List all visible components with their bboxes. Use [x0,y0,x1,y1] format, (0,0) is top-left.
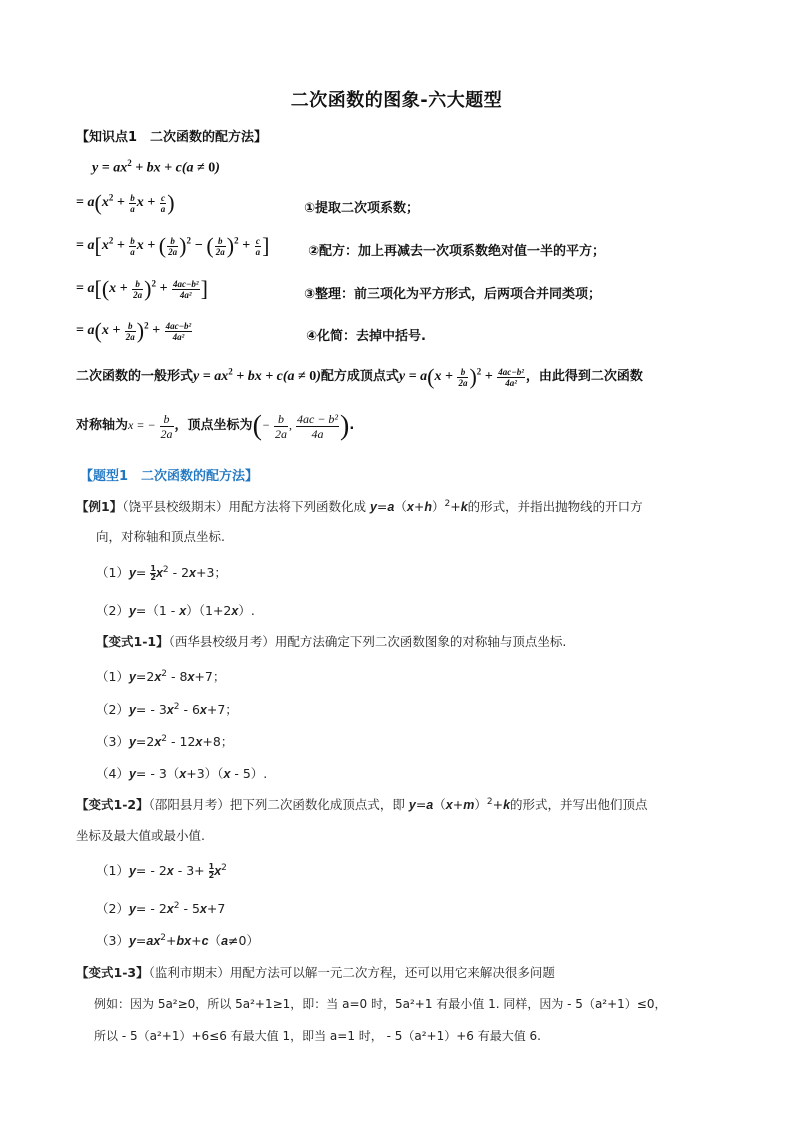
example-1-prompt: 【例1】（饶平县校级期末）用配方法将下列函数化成 y=a（x+h）2+k的形式，… [76,497,643,515]
base-formula: y = ax2 + bx + c(a ≠ 0) [92,158,220,177]
variant-1-2-item-3: （3）y=ax2+bx+c（a≠0） [96,931,259,949]
variant-1-1-item-2: （2）y= - 3x2 - 6x+7； [96,700,238,718]
vertex-label: ，顶点坐标为 [175,418,253,433]
variant-1-2-prompt: 【变式1-2】（邵阳县月考）把下列二次函数化成顶点式，即 y=a（x+m）2+k… [76,795,648,813]
summary-line-1: 二次函数的一般形式y = ax2 + bx + c(a ≠ 0)配方成顶点式y … [76,364,643,390]
step-2-formula: = a[x2 + bax + (b2a)2 − (b2a)2 + ca] [76,233,269,259]
variant-1-2-label: 【变式1-2】 [76,797,149,812]
document-page: 二次函数的图象-六大题型 【知识点1 二次函数的配方法】 y = ax2 + b… [0,0,793,1122]
variant-1-2-source: （邵阳县月考） [149,797,230,812]
summary-prefix: 二次函数的一般形式 [76,369,193,384]
summary-mid: 配方成顶点式 [321,369,399,384]
variant-1-1-item-4: （4）y= - 3（x+3）（x - 5）. [96,764,267,782]
summary-suffix: ，由此得到二次函数 [526,369,643,384]
variant-1-1-item-3: （3）y=2x2 - 12x+8； [96,732,233,750]
example-1-text-a: 用配方法将下列函数化成 [228,499,366,514]
variant-1-2-text-b: 的形式，并写出他们顶点 [510,797,648,812]
step-3-note: ③整理：前三项化为平方形式，后两项合并同类项； [304,283,601,302]
step-2-note: ②配方：加上再减去一次项系数绝对值一半的平方； [308,240,605,259]
example-1-source: （饶平县校级期末） [122,499,228,514]
knowledge-point-heading: 【知识点1 二次函数的配方法】 [76,126,267,145]
example-1-item-2: （2）y=（1 - x）（1+2x）. [96,601,255,619]
axis-label: 对称轴为 [76,418,128,433]
section-heading: 【题型1 二次函数的配方法】 [80,465,258,484]
step-3-formula: = a[(x + b2a)2 + 4ac−b²4a²] [76,276,208,302]
step-4-note: ④化简：去掉中括号. [306,325,426,344]
step-4-formula: = a(x + b2a)2 + 4ac−b²4a² [76,318,193,344]
variant-1-1-text: 用配方法确定下列二次函数图象的对称轴与顶点坐标. [275,634,566,649]
example-1-prompt-cont: 向，对称轴和顶点坐标. [96,527,225,545]
variant-1-3-source: （监利市期末） [149,965,230,980]
variant-1-3-prompt: 【变式1-3】（监利市期末）用配方法可以解一元二次方程，还可以用它来解决很多问题 [76,963,555,981]
example-1-label: 【例1】 [76,499,122,514]
step-1-note: ①提取二次项系数； [304,197,419,216]
variant-1-1-prompt: 【变式1-1】（西华县校级月考）用配方法确定下列二次函数图象的对称轴与顶点坐标. [96,632,566,650]
variant-1-2-item-2: （2）y= - 2x2 - 5x+7 [96,899,225,917]
example-1-item-1: （1）y= 12x2 - 2x+3； [96,563,227,582]
variant-1-2-text-a: 把下列二次函数化成顶点式，即 [230,797,405,812]
summary-end: . [349,418,354,433]
variant-1-2-item-1: （1）y= - 2x - 3+ 12x2 [96,861,227,880]
variant-1-3-text: 用配方法可以解一元二次方程，还可以用它来解决很多问题 [230,965,555,980]
example-1-text-b: 的形式，并指出抛物线的开口方 [468,499,643,514]
variant-1-1-source: （西华县校级月考） [169,634,275,649]
variant-1-3-line-2: 例如：因为 5a²≥0，所以 5a²+1≥1，即：当 a=0 时，5a²+1 有… [94,995,667,1012]
step-1-formula: = a(x2 + bax + ca) [76,190,175,216]
summary-line-2: 对称轴为x = − b2a，顶点坐标为(− b2a, 4ac − b²4a). [76,410,354,442]
variant-1-3-line-3: 所以 - 5（a²+1）+6≤6 有最大值 1，即当 a=1 时， - 5（a²… [94,1027,541,1044]
variant-1-1-item-1: （1）y=2x2 - 8x+7； [96,667,225,685]
variant-1-1-label: 【变式1-1】 [96,634,169,649]
page-title: 二次函数的图象-六大题型 [0,86,793,112]
variant-1-3-label: 【变式1-3】 [76,965,149,980]
variant-1-2-prompt-cont: 坐标及最大值或最小值. [76,826,205,844]
